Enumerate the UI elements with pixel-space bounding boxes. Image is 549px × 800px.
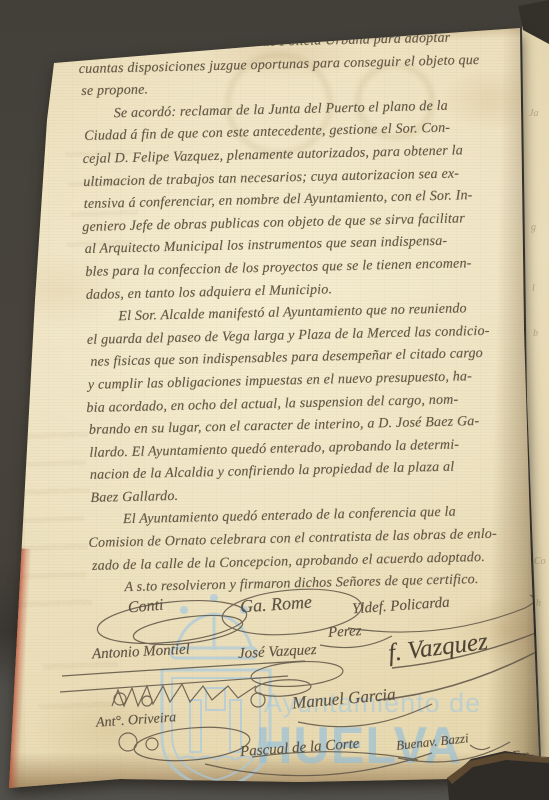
manuscript-page: S.N 3. uunmuvmnuumnuv uunmuvmnuumnuv uun… — [0, 0, 549, 800]
page-shadow-wrap: S.N 3. uunmuvmnuumnuv uunmuvmnuumnuv uun… — [0, 0, 549, 800]
margin-note: S.N 3. — [42, 41, 71, 53]
signature-perez: Perez — [328, 623, 362, 642]
ghost-stamp — [112, 26, 198, 43]
signature-conti: Conti — [127, 596, 164, 617]
manuscript-scan: Ja g l b Co h S.N 3. uunmuvmnuumnuv uunm… — [0, 0, 549, 800]
manuscript-text-block: Sor. Presidente de la Comision de Polici… — [80, 26, 535, 601]
